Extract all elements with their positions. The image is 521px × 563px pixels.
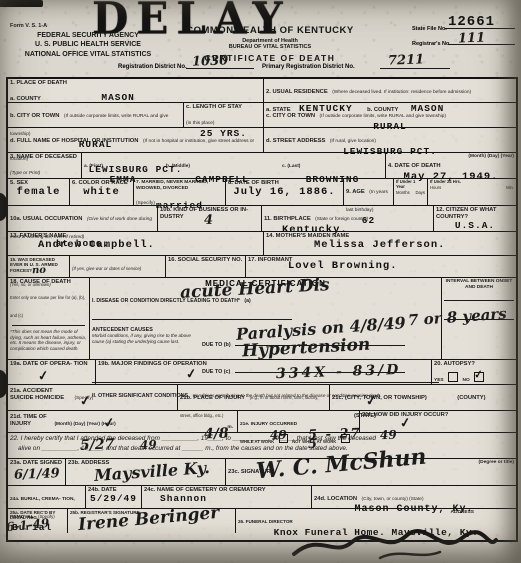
checkmark-icon: ✓ xyxy=(79,394,92,408)
res-city-label: c. CITY OR TOWN xyxy=(266,113,315,119)
place-of-death-section: 1. PLACE OF DEATH a. COUNTY MASON b. CIT… xyxy=(8,79,264,152)
death-date-label: 4. DATE OF DEATH xyxy=(388,163,441,169)
burial-date-value: 5/29/49 xyxy=(88,494,139,504)
autopsy-label: 20. AUTOPSY? xyxy=(434,361,514,368)
due-to-c-value: Hypertension xyxy=(242,337,371,361)
under-1yr-months: Months xyxy=(396,190,410,195)
stay-note: (in this place) xyxy=(186,121,215,126)
alive-on-year: 49 xyxy=(140,439,157,452)
usual-residence-section: 2. USUAL RESIDENCE (Where deceased lived… xyxy=(264,79,516,152)
medical-certification-section: MEDICAL CERTIFICATION I. DISEASE OR COND… xyxy=(90,278,442,359)
autopsy-no-label: NO xyxy=(463,378,470,383)
operation-date-label: 19a. DATE OF OPERA- TION xyxy=(10,361,93,368)
cause-footnote: *This does not mean the mode of dying, s… xyxy=(10,329,87,352)
checkmark-icon: ✓ xyxy=(399,416,412,430)
attended-from-year: 49 xyxy=(270,429,287,442)
industry-value: 4 xyxy=(204,214,213,227)
informant-value: Lovel Browning. xyxy=(288,261,514,272)
death-date-cols: (Month) (Day) (Year) xyxy=(468,154,514,159)
under-24hr-min: Min. xyxy=(506,185,514,190)
autopsy-no-checkbox: ✓ xyxy=(474,372,484,382)
name-note: (Type or Print) xyxy=(10,171,40,176)
cemetery-value: Shannon xyxy=(160,494,309,504)
citizen-value: U.S.A. xyxy=(436,221,514,231)
certificate-form: 1. PLACE OF DEATH a. COUNTY MASON b. CIT… xyxy=(6,77,518,542)
injury-occurred-label: 21e. INJURY OCCURRED xyxy=(240,422,297,427)
autopsy-yes-label: YES xyxy=(434,378,444,383)
alive-on-value: 5/27 xyxy=(80,437,115,452)
last-name-label: c. (Last) xyxy=(282,164,300,169)
cause-of-death-sub: Enter only one cause per line for (a), (… xyxy=(10,295,85,318)
ssn-label: 16. SOCIAL SECURITY NO. xyxy=(168,257,243,264)
street-note: (If rural, give location) xyxy=(330,139,376,144)
city-label: b. CITY OR TOWN xyxy=(10,113,59,119)
disease-blank xyxy=(92,309,292,320)
marital-label: 7. MARRIED, NEVER MARRIED, WIDOWED, DIVO… xyxy=(136,180,223,191)
primary-district-value: 7211 xyxy=(388,53,425,67)
birthplace-label: 11. BIRTHPLACE xyxy=(264,216,311,222)
due-to-b-label: DUE TO (b) xyxy=(202,342,231,348)
reg-district-label: Registration District No. xyxy=(118,64,187,70)
received-date-value: 6-1-49 xyxy=(6,517,50,533)
under-1yr-days: Days xyxy=(415,190,425,195)
agency-line-3: NATIONAL OFFICE VITAL STATISTICS xyxy=(8,50,168,59)
autopsy-yes-checkbox xyxy=(448,372,458,382)
father-value: Andrew Campbell. xyxy=(38,240,261,251)
accident-label: 21a. ACCIDENT SUICIDE HOMICIDE xyxy=(10,388,70,402)
funeral-director-label: 26. FUNERAL DIRECTOR xyxy=(238,519,293,524)
operation-findings-value: 334X - 83/D xyxy=(276,363,402,381)
under-24hr-hours: Hours xyxy=(430,185,441,190)
agency-line-2: U. S. PUBLIC HEALTH SERVICE xyxy=(8,40,168,49)
sex-value: female xyxy=(10,187,67,198)
reg-district-value: 1030 xyxy=(192,54,229,68)
occupation-label: 10a. USUAL OCCUPATION xyxy=(10,216,82,222)
stay-label: c. LENGTH OF STAY xyxy=(186,104,261,111)
injury-place-label: 21b. PLACE OF INJURY xyxy=(180,395,245,401)
county-label: a. COUNTY xyxy=(10,96,41,102)
place-of-death-title: 1. PLACE OF DEATH xyxy=(10,80,261,87)
interval-label: INTERVAL BETWEEN ONSET AND DEATH xyxy=(444,279,514,290)
checkmark-icon: ✓ xyxy=(365,394,378,408)
agency-line-1: FEDERAL SECURITY AGENCY xyxy=(8,31,168,40)
mother-value: Melissa Jefferson. xyxy=(314,240,514,251)
signature-scrawl xyxy=(290,528,500,562)
date-signed-value: 6/1/49 xyxy=(14,467,60,482)
primary-district-label: Primary Registration District No. xyxy=(262,64,355,70)
checkmark-icon: ✓ xyxy=(37,369,50,383)
name-label: 3. NAME OF DECEASED xyxy=(10,154,79,161)
interval-value: 7 or 8 years xyxy=(408,307,508,329)
scan-artifact xyxy=(0,0,43,7)
under-1yr-head: If Under 1 Year xyxy=(396,180,425,190)
reg-district-underline xyxy=(186,68,254,69)
cause-of-death-label: 18. CAUSE OF DEATH xyxy=(10,279,87,286)
under-24hr-head: If Under 24 Hrs. xyxy=(430,180,514,185)
county-value: MASON xyxy=(101,93,135,103)
injury-county-label: (COUNTY) xyxy=(457,395,485,401)
institution-label: d. FULL NAME OF HOSPITAL OR INSTITUTION xyxy=(10,138,139,144)
checkmark-icon: ✓ xyxy=(185,367,198,381)
primary-district-underline xyxy=(380,68,450,69)
registrar-no-underline xyxy=(448,44,515,45)
funeral-address-label: ADDRESS xyxy=(451,510,474,515)
armed-forces-note2: (If yes, give war or dates of service) xyxy=(72,266,141,271)
middle-name-label: b. (Middle) xyxy=(166,164,190,169)
injury-time-label: 21d. TIME OF INJURY xyxy=(10,414,50,428)
street-label: d. STREET ADDRESS xyxy=(266,138,325,144)
residence-title: 2. USUAL RESIDENCE xyxy=(266,89,328,95)
how-injury-label: 21f. HOW DID INJURY OCCUR? xyxy=(362,412,514,419)
checkmark-icon: ✓ xyxy=(473,368,484,380)
bureau-line: BUREAU OF VITAL STATISTICS xyxy=(180,44,360,50)
commonwealth-title: COMMONWEALTH OF KENTUCKY xyxy=(180,25,360,36)
location-note: (City, town, or county) (State) xyxy=(362,497,424,502)
checkmark-icon: ✓ xyxy=(103,416,116,430)
residence-title-note: (Where deceased lived. If institution: r… xyxy=(332,90,471,95)
degree-label: (Degree or title) xyxy=(479,460,514,465)
registrar-no-label: Registrar's No. xyxy=(412,41,451,47)
death-certificate-scan: DELAY Form V. S. 1-A FEDERAL SECURITY AG… xyxy=(0,0,521,563)
attended-to-year: 49 xyxy=(380,429,397,442)
certify-line-2: alive on __________, 19____, and that de… xyxy=(18,445,348,452)
injury-city-label: 21c. (CITY, TOWN, OR TOWNSHIP) xyxy=(332,395,427,401)
death-hour-value: 5 xyxy=(308,438,317,451)
location-label: 24d. LOCATION xyxy=(314,496,357,502)
age-label: 9. AGE xyxy=(346,189,365,195)
race-value: white xyxy=(72,187,131,198)
state-file-underline xyxy=(445,28,515,29)
state-file-label: State File No. xyxy=(412,26,447,32)
birthplace-note: (State or foreign country) xyxy=(315,217,368,222)
disease-value: acute Heart Dis xyxy=(180,277,330,302)
birth-date-value: July 16, 1886. xyxy=(228,187,341,198)
form-number: Form V. S. 1-A xyxy=(10,23,47,29)
attended-from-value: 4/8 xyxy=(204,427,229,442)
certify-statement: 22. I hereby certify that I attended the… xyxy=(8,433,516,458)
antecedent-note: Morbid conditions, if any, giving rise t… xyxy=(92,333,202,344)
citizen-label: 12. CITIZEN OF WHAT COUNTRY? xyxy=(436,207,514,221)
res-city-note: (If outside corporate limits, write RURA… xyxy=(320,114,446,119)
armed-forces-value: no xyxy=(32,266,46,276)
first-name-label: a. (First) xyxy=(84,164,103,169)
